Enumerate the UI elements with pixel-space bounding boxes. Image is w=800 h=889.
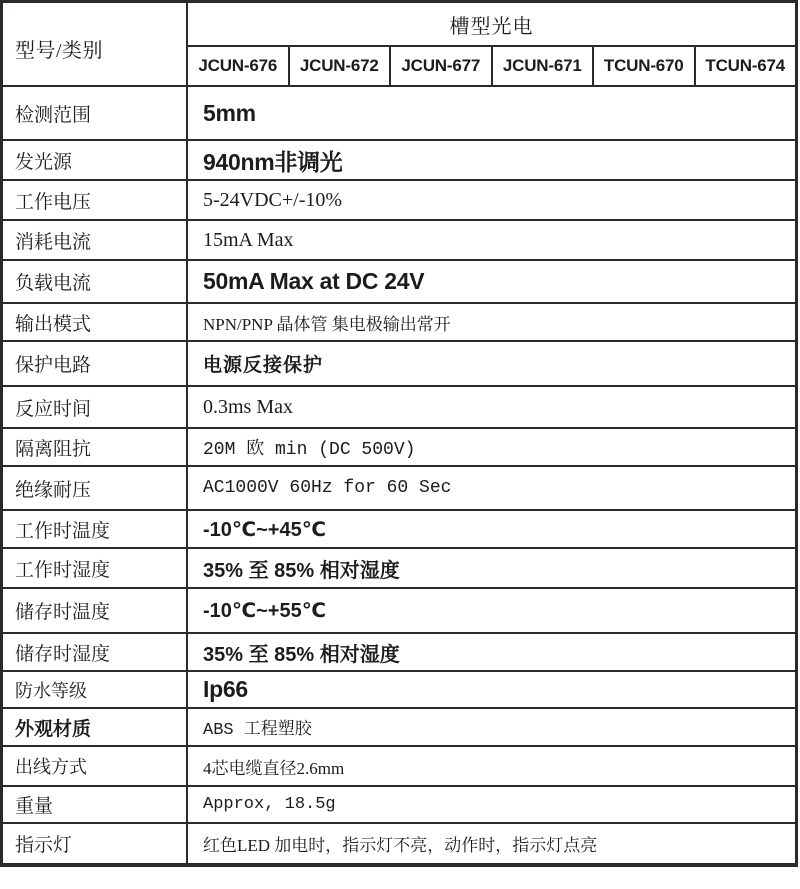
row-value-cell: 940nm非调光 bbox=[188, 141, 795, 179]
model-header-cell: JCUN-671 bbox=[491, 47, 593, 85]
model-header-cell: JCUN-676 bbox=[188, 47, 288, 85]
header-row-label: 型号/类别 bbox=[3, 3, 188, 85]
row-value-cell: 5mm bbox=[188, 87, 795, 139]
row-value-cell: AC1000V 60Hz for 60 Sec bbox=[188, 467, 795, 509]
row-value-cell: -10℃~+45℃ bbox=[188, 511, 795, 547]
row-value-cell: 电源反接保护 bbox=[188, 342, 795, 385]
row-value-cell: 20M 欧 min (DC 500V) bbox=[188, 429, 795, 465]
row-label-cell: 工作电压 bbox=[3, 181, 188, 219]
row-label-cell: 负载电流 bbox=[3, 261, 188, 302]
row-value-cell: 35% 至 85% 相对湿度 bbox=[188, 634, 795, 670]
row-value-cell: NPN/PNP 晶体管 集电极输出常开 bbox=[188, 304, 795, 340]
table-row: 储存时温度-10℃~+55℃ bbox=[3, 589, 795, 634]
spec-sheet-page: { "table": { "header": { "row_label": "型… bbox=[0, 0, 800, 889]
row-label-cell: 隔离阻抗 bbox=[3, 429, 188, 465]
row-value-cell: 15mA Max bbox=[188, 221, 795, 259]
model-header-cell: JCUN-677 bbox=[389, 47, 491, 85]
row-value-cell: 4芯电缆直径2.6mm bbox=[188, 747, 795, 785]
row-label-cell: 出线方式 bbox=[3, 747, 188, 785]
row-value-cell: 红色LED 加电时，指示灯不亮，动作时，指示灯点亮 bbox=[188, 824, 795, 863]
table-row: 保护电路电源反接保护 bbox=[3, 342, 795, 387]
row-label-cell: 反应时间 bbox=[3, 387, 188, 427]
row-label-cell: 储存时温度 bbox=[3, 589, 188, 632]
row-label-cell: 输出模式 bbox=[3, 304, 188, 340]
table-header: 型号/类别 槽型光电 JCUN-676JCUN-672JCUN-677JCUN-… bbox=[3, 3, 795, 87]
row-label-cell: 外观材质 bbox=[3, 709, 188, 745]
model-header-cell: TCUN-670 bbox=[592, 47, 694, 85]
row-value-cell: ABS 工程塑胶 bbox=[188, 709, 795, 745]
table-row: 出线方式4芯电缆直径2.6mm bbox=[3, 747, 795, 787]
row-value-cell: 50mA Max at DC 24V bbox=[188, 261, 795, 302]
table-row: 隔离阻抗20M 欧 min (DC 500V) bbox=[3, 429, 795, 467]
table-row: 发光源940nm非调光 bbox=[3, 141, 795, 181]
row-value-cell: 5-24VDC+/-10% bbox=[188, 181, 795, 219]
row-label-cell: 绝缘耐压 bbox=[3, 467, 188, 509]
row-value-cell: 0.3ms Max bbox=[188, 387, 795, 427]
row-label-cell: 发光源 bbox=[3, 141, 188, 179]
table-row: 指示灯红色LED 加电时，指示灯不亮，动作时，指示灯点亮 bbox=[3, 824, 795, 863]
row-label-cell: 重量 bbox=[3, 787, 188, 822]
table-row: 工作时湿度35% 至 85% 相对湿度 bbox=[3, 549, 795, 589]
row-label-cell: 储存时湿度 bbox=[3, 634, 188, 670]
row-label-cell: 消耗电流 bbox=[3, 221, 188, 259]
row-value-cell: Approx, 18.5g bbox=[188, 787, 795, 822]
table-row: 储存时湿度35% 至 85% 相对湿度 bbox=[3, 634, 795, 672]
spec-table: 型号/类别 槽型光电 JCUN-676JCUN-672JCUN-677JCUN-… bbox=[0, 0, 798, 867]
spec-rows: 检测范围5mm发光源940nm非调光工作电压5-24VDC+/-10%消耗电流1… bbox=[3, 87, 795, 863]
table-row: 绝缘耐压AC1000V 60Hz for 60 Sec bbox=[3, 467, 795, 511]
table-row: 输出模式NPN/PNP 晶体管 集电极输出常开 bbox=[3, 304, 795, 342]
model-header-cell: TCUN-674 bbox=[694, 47, 796, 85]
row-label-cell: 防水等级 bbox=[3, 672, 188, 707]
row-value-cell: 35% 至 85% 相对湿度 bbox=[188, 549, 795, 587]
table-row: 负载电流50mA Max at DC 24V bbox=[3, 261, 795, 304]
table-row: 检测范围5mm bbox=[3, 87, 795, 141]
table-row: 消耗电流15mA Max bbox=[3, 221, 795, 261]
row-value-cell: Ip66 bbox=[188, 672, 795, 707]
row-label-cell: 工作时湿度 bbox=[3, 549, 188, 587]
category-header: 槽型光电 bbox=[188, 3, 795, 47]
table-row: 反应时间0.3ms Max bbox=[3, 387, 795, 429]
row-label-cell: 工作时温度 bbox=[3, 511, 188, 547]
table-row: 防水等级Ip66 bbox=[3, 672, 795, 709]
row-value-cell: -10℃~+55℃ bbox=[188, 589, 795, 632]
model-header-cell: JCUN-672 bbox=[288, 47, 390, 85]
table-row: 工作时温度-10℃~+45℃ bbox=[3, 511, 795, 549]
header-right-group: 槽型光电 JCUN-676JCUN-672JCUN-677JCUN-671TCU… bbox=[188, 3, 795, 85]
table-row: 工作电压5-24VDC+/-10% bbox=[3, 181, 795, 221]
model-header-row: JCUN-676JCUN-672JCUN-677JCUN-671TCUN-670… bbox=[188, 47, 795, 85]
row-label-cell: 保护电路 bbox=[3, 342, 188, 385]
row-label-cell: 检测范围 bbox=[3, 87, 188, 139]
table-row: 重量Approx, 18.5g bbox=[3, 787, 795, 824]
table-row: 外观材质ABS 工程塑胶 bbox=[3, 709, 795, 747]
row-label-cell: 指示灯 bbox=[3, 824, 188, 863]
